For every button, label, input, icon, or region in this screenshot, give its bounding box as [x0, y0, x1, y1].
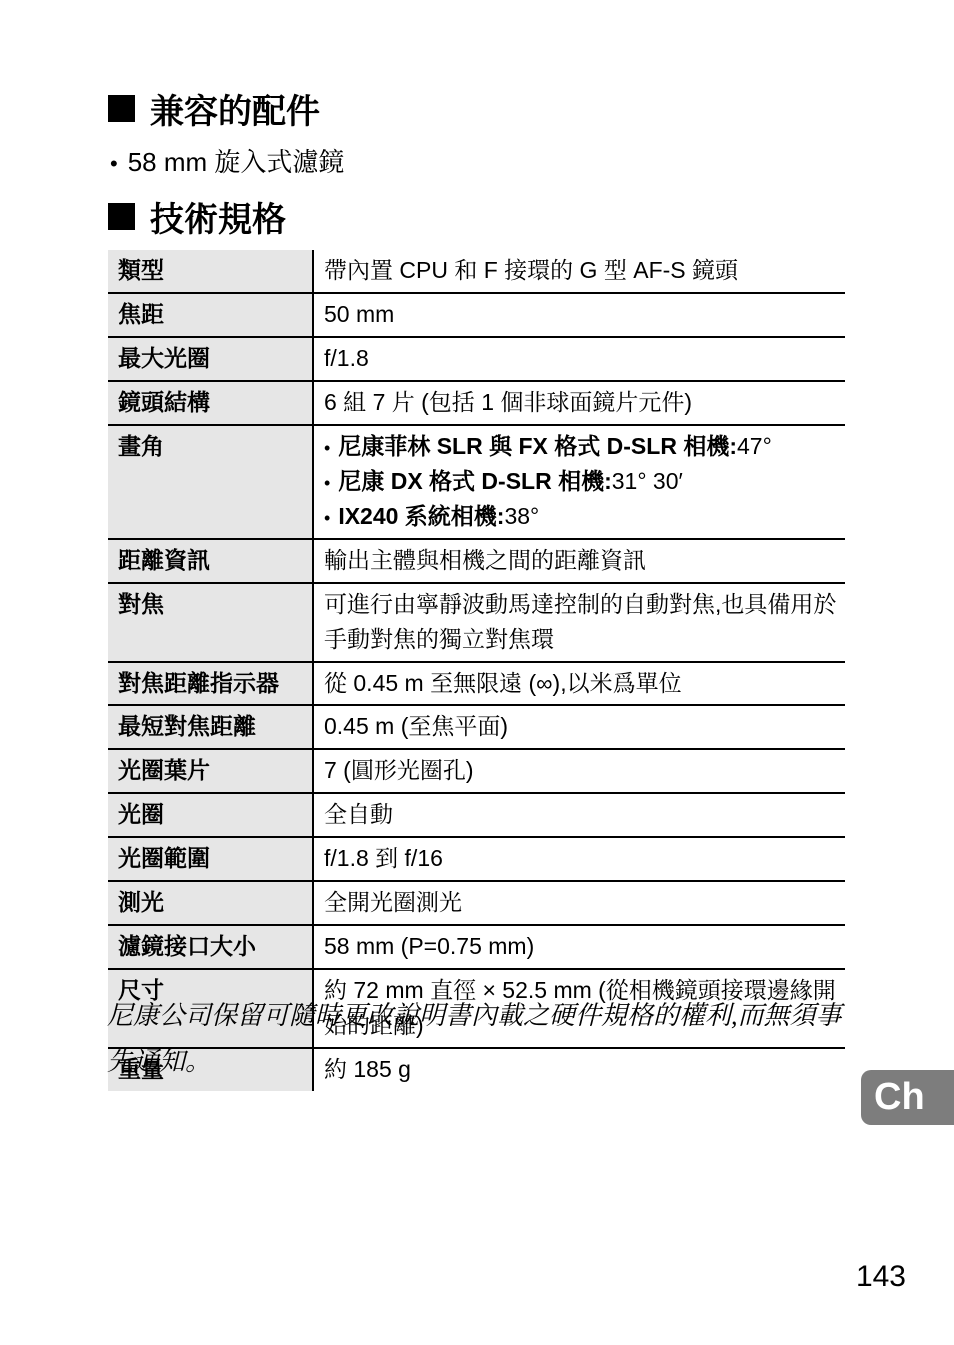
spec-label: 濾鏡接口大小 [108, 925, 313, 969]
spec-row: 畫角•尼康菲林 SLR 與 FX 格式 D-SLR 相機:47°•尼康 DX 格… [108, 425, 845, 539]
spec-label: 對焦距離指示器 [108, 662, 313, 706]
spec-value: 0.45 m (至焦平面) [313, 705, 845, 749]
spec-value: 全開光圈測光 [313, 881, 845, 925]
spec-value: 50 mm [313, 293, 845, 337]
spec-label: 光圈範圍 [108, 837, 313, 881]
spec-bullet-line: •IX240 系統相機:38° [324, 499, 837, 534]
spec-row: 測光全開光圈測光 [108, 881, 845, 925]
spec-value: 6 組 7 片 (包括 1 個非球面鏡片元件) [313, 381, 845, 425]
spec-row: 焦距50 mm [108, 293, 845, 337]
spec-row: 光圈葉片7 (圓形光圈孔) [108, 749, 845, 793]
spec-label: 最大光圈 [108, 337, 313, 381]
section-title-compatible-accessories: 兼容的配件 [108, 84, 320, 133]
spec-bullet-line: •尼康 DX 格式 D-SLR 相機:31° 30′ [324, 464, 837, 499]
spec-value: 全自動 [313, 793, 845, 837]
spec-value: 可進行由寧靜波動馬達控制的自動對焦,也具備用於手動對焦的獨立對焦環 [313, 583, 845, 662]
bullet-icon: • [324, 505, 330, 532]
spec-row: 濾鏡接口大小58 mm (P=0.75 mm) [108, 925, 845, 969]
section-title-text: 兼容的配件 [150, 84, 320, 133]
spec-bullet-line: •尼康菲林 SLR 與 FX 格式 D-SLR 相機:47° [324, 429, 837, 464]
accessory-list-item: • 58 mm 旋入式濾鏡 [110, 142, 344, 179]
spec-row: 類型帶內置 CPU 和 F 接環的 G 型 AF-S 鏡頭 [108, 250, 845, 293]
section-title-text: 技術規格 [150, 192, 286, 241]
section-title-specifications: 技術規格 [108, 192, 286, 241]
spec-label: 光圈 [108, 793, 313, 837]
spec-label: 對焦 [108, 583, 313, 662]
spec-value: f/1.8 到 f/16 [313, 837, 845, 881]
spec-row: 最短對焦距離0.45 m (至焦平面) [108, 705, 845, 749]
bullet-icon: • [324, 470, 330, 497]
spec-bullet-value-text: 38° [504, 503, 539, 529]
spec-label: 距離資訊 [108, 539, 313, 583]
spec-bullet-value-text: 31° 30′ [612, 468, 683, 494]
section-square-icon [108, 95, 135, 122]
spec-label: 類型 [108, 250, 313, 293]
spec-bullet-bold-text: 尼康 DX 格式 D-SLR 相機: [338, 468, 611, 494]
accessory-item-text: 58 mm 旋入式濾鏡 [128, 142, 345, 179]
bullet-icon: • [110, 151, 118, 177]
spec-row: 光圈範圍f/1.8 到 f/16 [108, 837, 845, 881]
spec-bullet-bold-text: IX240 系統相機: [338, 503, 504, 529]
spec-value: •尼康菲林 SLR 與 FX 格式 D-SLR 相機:47°•尼康 DX 格式 … [313, 425, 845, 539]
spec-value: 7 (圓形光圈孔) [313, 749, 845, 793]
bullet-icon: • [324, 435, 330, 462]
spec-value: 58 mm (P=0.75 mm) [313, 925, 845, 969]
spec-row: 最大光圈f/1.8 [108, 337, 845, 381]
spec-label: 焦距 [108, 293, 313, 337]
spec-bullet-bold-text: 尼康菲林 SLR 與 FX 格式 D-SLR 相機: [338, 433, 737, 459]
spec-bullet-value-text: 47° [737, 433, 772, 459]
spec-row: 光圈全自動 [108, 793, 845, 837]
spec-value: f/1.8 [313, 337, 845, 381]
spec-row: 距離資訊輸出主體與相機之間的距離資訊 [108, 539, 845, 583]
spec-value: 輸出主體與相機之間的距離資訊 [313, 539, 845, 583]
spec-row: 對焦距離指示器從 0.45 m 至無限遠 (∞),以米爲單位 [108, 662, 845, 706]
spec-value: 帶內置 CPU 和 F 接環的 G 型 AF-S 鏡頭 [313, 250, 845, 293]
spec-label: 最短對焦距離 [108, 705, 313, 749]
spec-row: 對焦可進行由寧靜波動馬達控制的自動對焦,也具備用於手動對焦的獨立對焦環 [108, 583, 845, 662]
spec-label: 畫角 [108, 425, 313, 539]
specifications-table: 類型帶內置 CPU 和 F 接環的 G 型 AF-S 鏡頭焦距50 mm最大光圈… [108, 250, 845, 1091]
spec-value: 從 0.45 m 至無限遠 (∞),以米爲單位 [313, 662, 845, 706]
disclaimer-note: 尼康公司保留可隨時更改說明書內載之硬件規格的權利,而無須事先通知。 [107, 993, 852, 1084]
manual-page: 兼容的配件 • 58 mm 旋入式濾鏡 技術規格 類型帶內置 CPU 和 F 接… [0, 0, 954, 1345]
spec-label: 光圈葉片 [108, 749, 313, 793]
spec-row: 鏡頭結構6 組 7 片 (包括 1 個非球面鏡片元件) [108, 381, 845, 425]
language-tab-ch: Ch [861, 1070, 954, 1125]
section-square-icon [108, 203, 135, 230]
spec-label: 鏡頭結構 [108, 381, 313, 425]
spec-label: 測光 [108, 881, 313, 925]
page-number: 143 [856, 1260, 906, 1294]
